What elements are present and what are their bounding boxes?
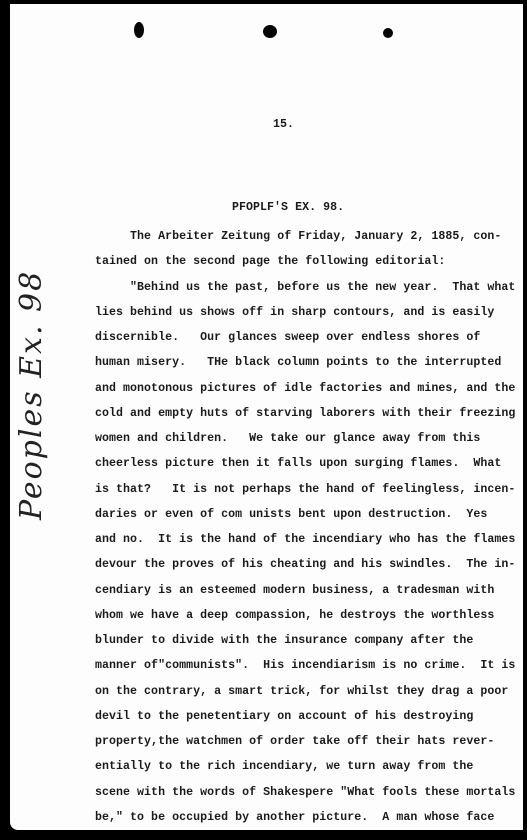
text-line: blunder to divide with the insurance com… (95, 634, 473, 647)
text-line: tained on the second page the following … (95, 255, 445, 268)
text-line: cheerless picture then it falls upon sur… (95, 457, 501, 470)
text-line: lies behind us shows off in sharp contou… (95, 306, 494, 319)
text-line: entially to the rich incendiary, we turn… (95, 760, 473, 773)
text-line: and monotonous pictures of idle factorie… (95, 382, 515, 395)
text-line: human misery. THe black column points to… (95, 356, 501, 369)
text-line: scene with the words of Shakespere "What… (95, 786, 515, 799)
text-line: daries or even of com unists bent upon d… (95, 508, 487, 521)
text-line: discernible. Our glances sweep over endl… (95, 331, 480, 344)
punch-hole-left (134, 22, 144, 38)
text-line: on the contrary, a smart trick, for whil… (95, 685, 508, 698)
page-number: 15. (273, 118, 294, 131)
text-line: devil to the penetentiary on account of … (95, 710, 473, 723)
text-line: is that? It is not perhaps the hand of f… (95, 483, 515, 496)
text-line: women and children. We take our glance a… (95, 432, 480, 445)
text-line: property,the watchmen of order take off … (95, 735, 494, 748)
text-line: devour the proves of his cheating and hi… (95, 558, 515, 571)
exhibit-title: PFOPLF'S EX. 98. (232, 201, 344, 214)
text-line: whom we have a deep compassion, he destr… (95, 609, 494, 622)
text-line: be," to be occupied by another picture. … (95, 811, 494, 824)
text-line: "Behind us the past, before us the new y… (95, 281, 515, 294)
text-line: The Arbeiter Zeitung of Friday, January … (95, 230, 501, 243)
punch-hole-center (263, 25, 277, 38)
text-line: cold and empty huts of starving laborers… (95, 407, 515, 420)
text-line: and no. It is the hand of the incendiary… (95, 533, 515, 546)
punch-hole-right (383, 28, 393, 38)
text-line: cendiary is an esteemed modern business,… (95, 584, 494, 597)
text-line: manner of"communists". His incendiarism … (95, 659, 515, 672)
margin-annotation: Peoples Ex. 98 (14, 270, 49, 520)
